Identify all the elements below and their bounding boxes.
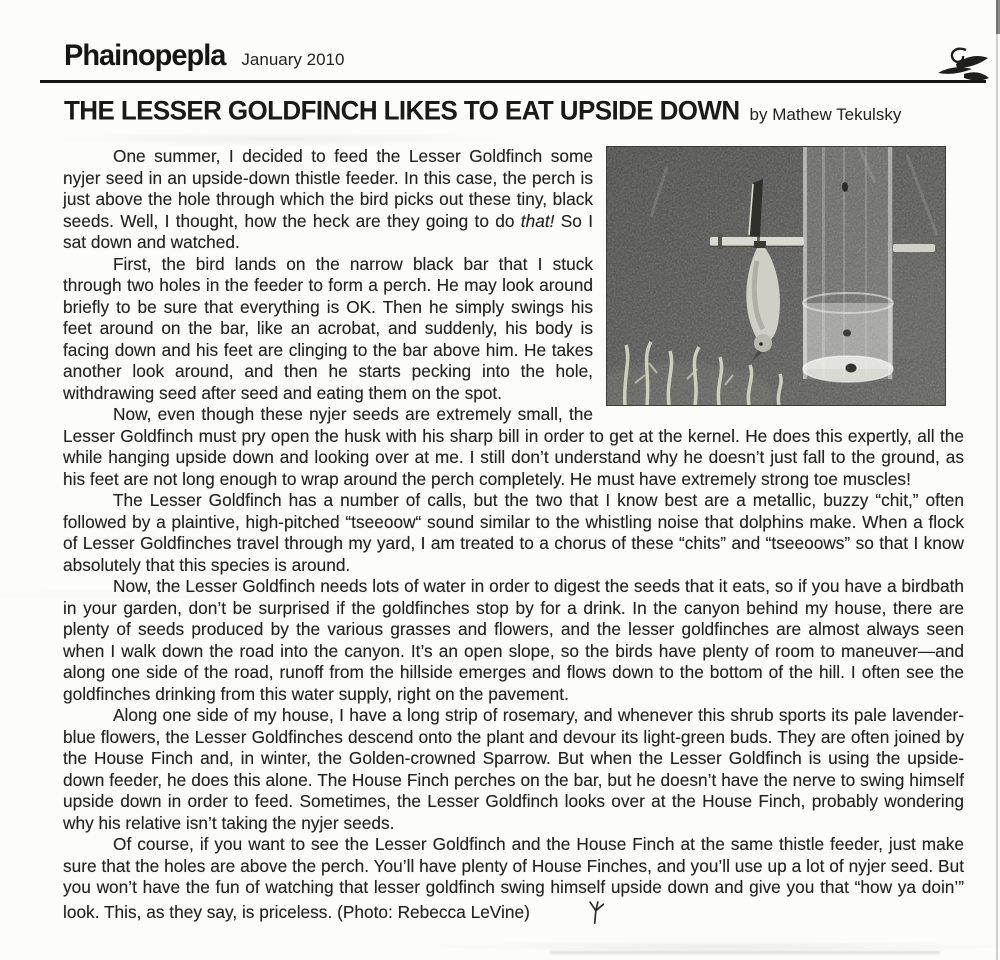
feeder-photo [607, 147, 945, 405]
article-byline: by Mathew Tekulsky [750, 105, 902, 125]
article-body: One summer, I decided to feed the Lesser… [63, 146, 964, 927]
scan-corner-mark [996, 0, 1000, 34]
paragraph-text-italic: that! [521, 211, 555, 231]
newsletter-page: Phainopepla January 2010 THE LESSER GOLD… [0, 0, 1000, 960]
scan-edge [996, 0, 998, 960]
article-paragraph: Now, the Lesser Goldfinch needs lots of … [63, 576, 964, 705]
article-paragraph: The Lesser Goldfinch has a number of cal… [63, 490, 964, 576]
headline: THE LESSER GOLDFINCH LIKES TO EAT UPSIDE… [64, 96, 974, 127]
leaf-flourish-icon [936, 46, 990, 93]
scan-streak [550, 951, 940, 954]
bird-track-icon [536, 896, 605, 930]
masthead-title: Phainopepla [64, 39, 225, 73]
issue-date: January 2010 [241, 50, 344, 70]
feeder-tube [803, 147, 893, 382]
paragraph-text: One summer, I decided to feed the Lesser… [63, 146, 593, 231]
photo-credit: (Photo: Rebecca LeVine) [337, 902, 530, 922]
header: Phainopepla January 2010 [40, 40, 986, 83]
article-paragraph: Along one side of my house, I have a lon… [63, 705, 964, 834]
article-paragraph: Now, even though these nyjer seeds are e… [63, 404, 964, 490]
article-paragraph: Of course, if you want to see the Lesser… [63, 834, 964, 927]
article-title: THE LESSER GOLDFINCH LIKES TO EAT UPSIDE… [64, 95, 740, 127]
